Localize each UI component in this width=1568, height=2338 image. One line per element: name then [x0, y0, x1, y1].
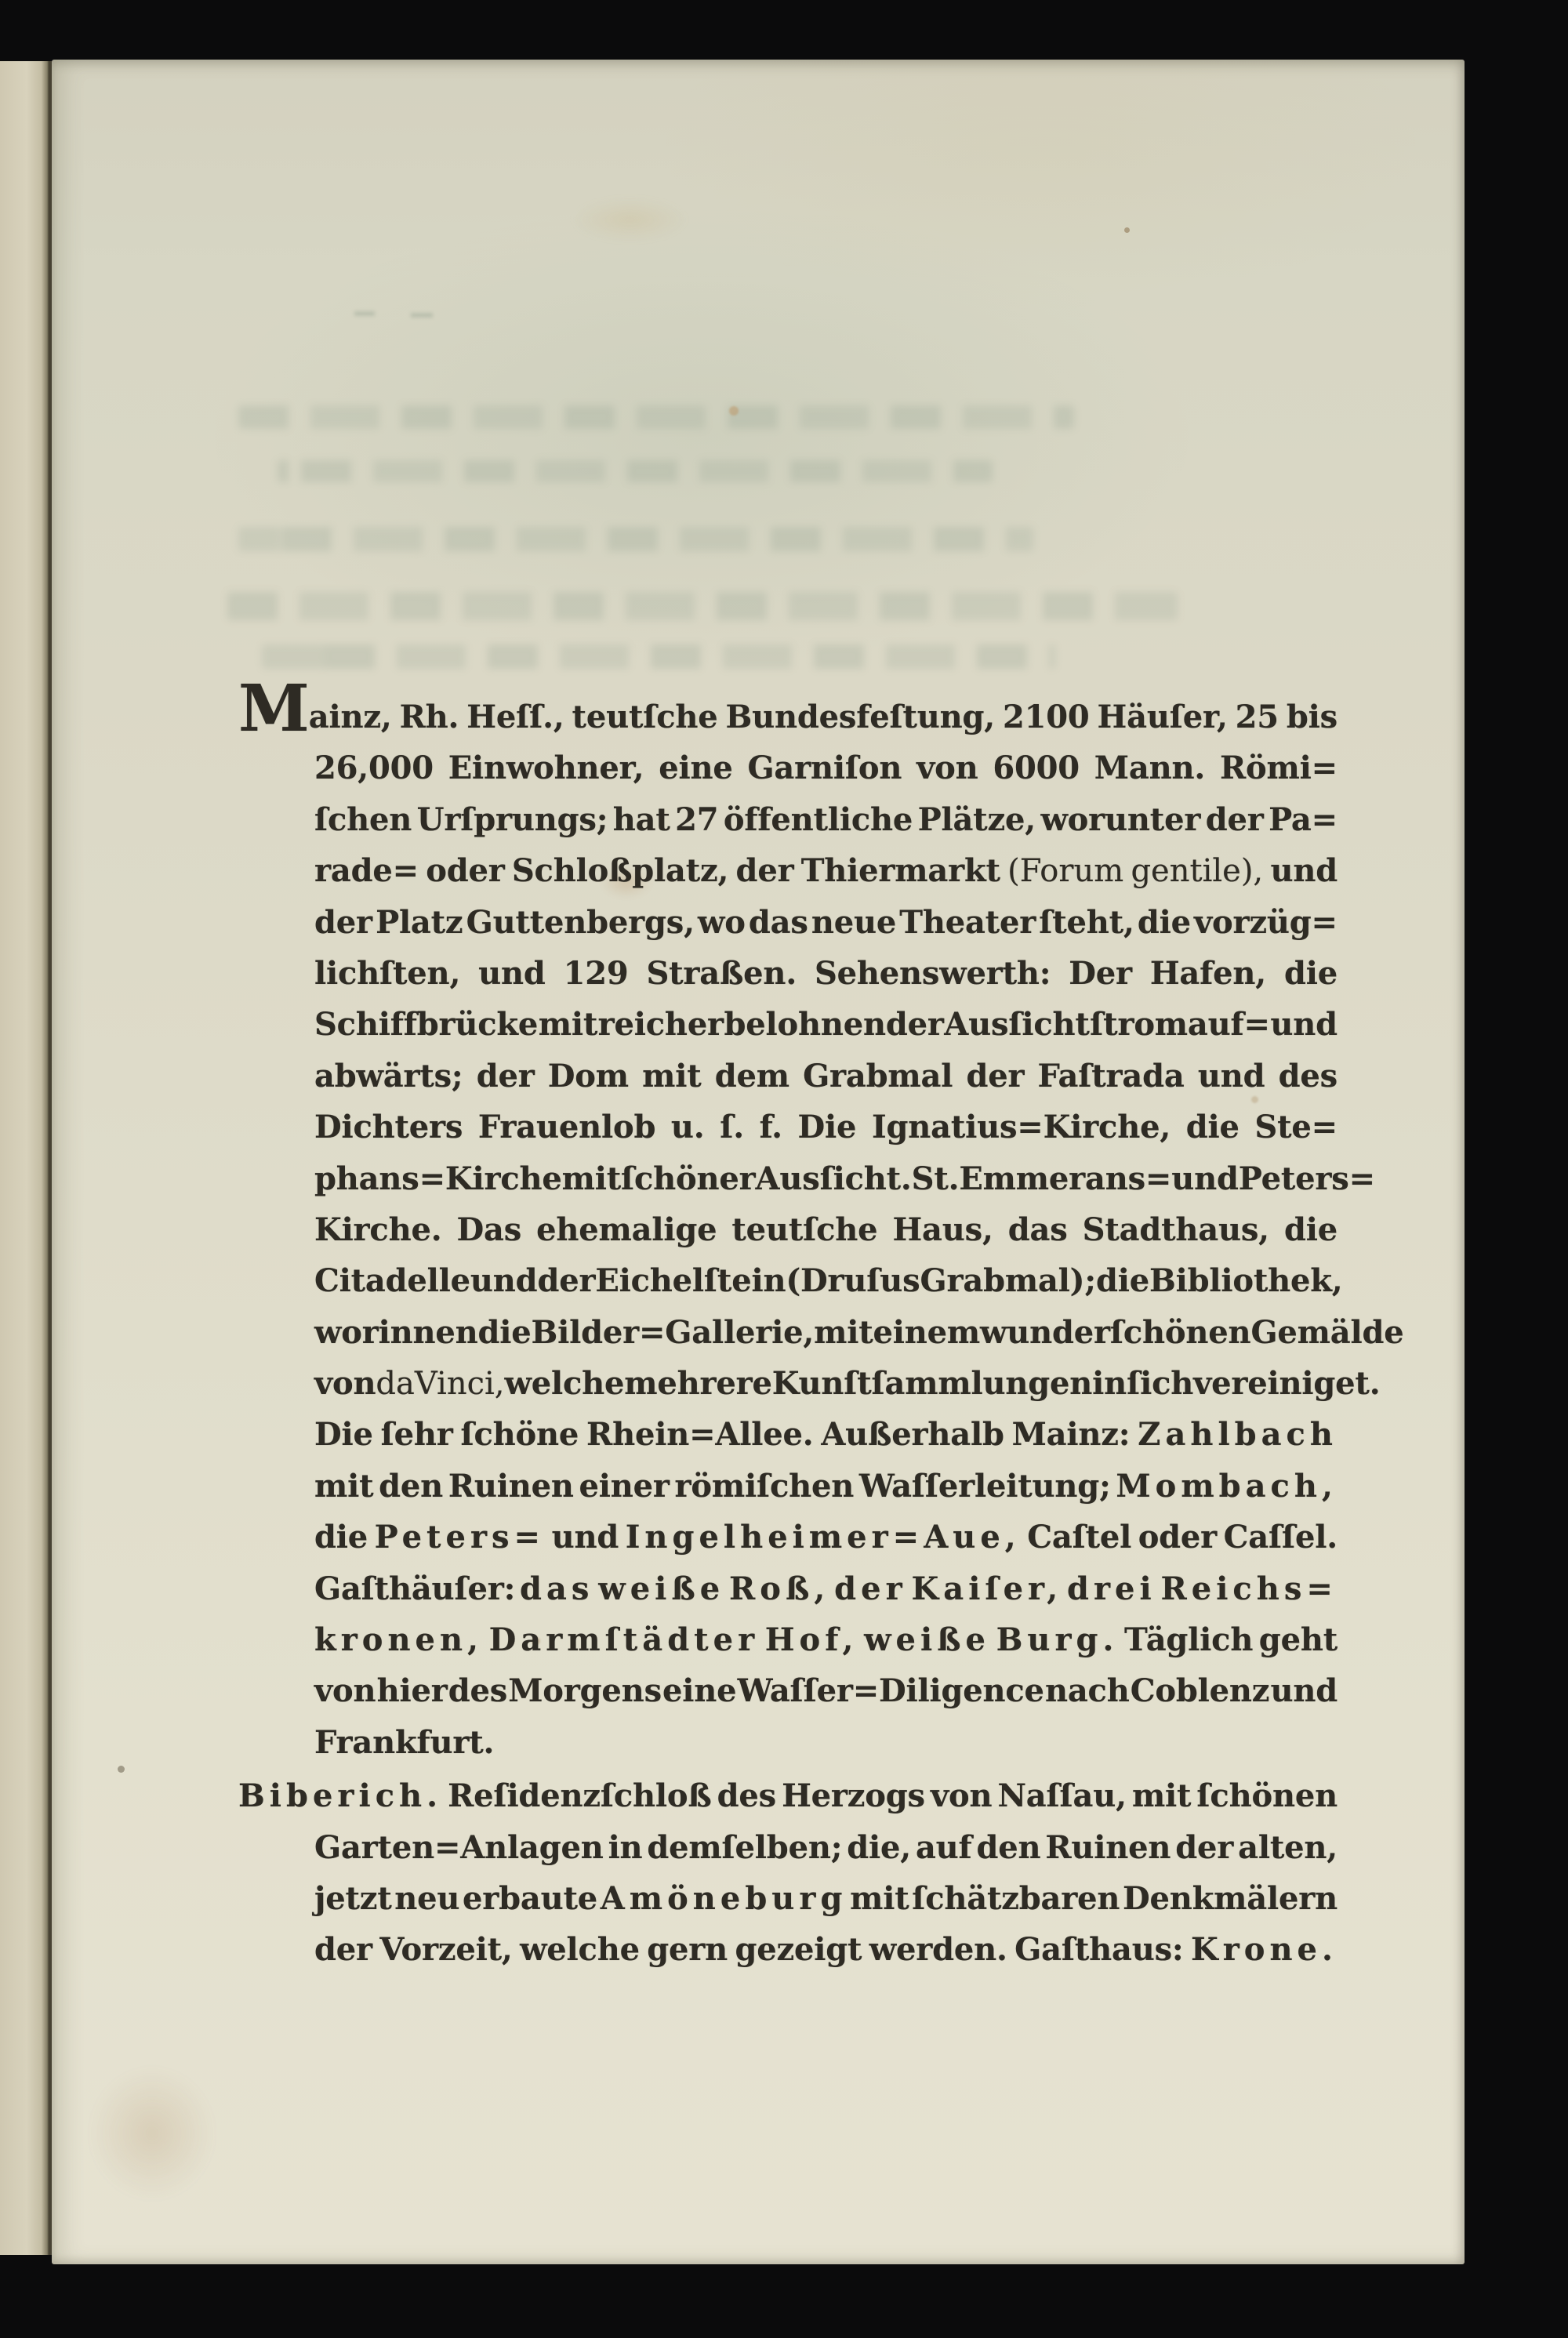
word: die: [1096, 1255, 1149, 1306]
word: Morgens: [508, 1665, 662, 1716]
word: Caſſel.: [1224, 1512, 1338, 1563]
word: mit: [814, 1307, 873, 1358]
text-line: Mainz,Rh.Heſſ.,teutſcheBundesfeſtung,210…: [238, 692, 1338, 742]
text-line: CitadelleundderEichelſtein(DruſusGrabmal…: [238, 1255, 1338, 1306]
word: Ingelheimer=Aue,: [626, 1512, 1021, 1563]
word: Frauenlob: [478, 1102, 655, 1153]
word: hier: [377, 1665, 448, 1716]
text-line: phans=KirchemitſchönerAusſicht.St.Emmera…: [238, 1153, 1338, 1204]
text-line: vonhierdesMorgenseineWaſſer=Diligencenac…: [238, 1665, 1338, 1716]
word: einer: [579, 1461, 670, 1512]
text-line: derPlatzGuttenbergs,wodasneueTheaterſteh…: [238, 897, 1338, 948]
word: und: [1270, 999, 1338, 1050]
word: Mann.: [1094, 742, 1205, 793]
word: Urſprungs;: [417, 794, 608, 845]
word: werden.: [869, 1924, 1007, 1975]
word: (Forum: [1007, 846, 1123, 897]
word: mit: [642, 1051, 701, 1102]
word: bis: [1287, 692, 1338, 742]
word: da: [376, 1359, 414, 1410]
word: von: [314, 1665, 376, 1716]
text-line: jetztneuerbauteAmöneburgmitſchätzbarenDe…: [238, 1873, 1338, 1924]
word: worunter: [1040, 794, 1200, 845]
word: Schloßplatz,: [512, 845, 728, 896]
word: teutſche: [572, 692, 718, 742]
word: Waſſer=Diligence: [738, 1665, 1044, 1716]
word: Ste=: [1254, 1102, 1338, 1153]
word: gern: [647, 1924, 728, 1975]
word: ſ.: [720, 1102, 744, 1153]
word: mit: [539, 999, 597, 1050]
word: Citadelle: [314, 1255, 470, 1306]
word: nach: [1045, 1665, 1130, 1716]
word: hat: [613, 794, 670, 845]
bleed-through-line: [227, 592, 1178, 620]
word: neu: [394, 1873, 459, 1924]
text-line: Frankfurt.: [238, 1717, 1338, 1768]
text-line: worinnendieBilder=Gallerie,miteinemwunde…: [238, 1307, 1338, 1358]
text-line: Biberich.ReſidenzſchloßdesHerzogsvonNaſſ…: [238, 1770, 1338, 1821]
word: vereiniget.: [1193, 1358, 1380, 1409]
text-line: Gaſthäuſer:dasweißeRoß,derKaiſer,dreiRei…: [238, 1563, 1338, 1614]
word: kronen,: [314, 1614, 483, 1665]
word: Caſtel: [1027, 1512, 1131, 1563]
word: ſteht,: [1039, 897, 1134, 948]
word: römiſchen: [675, 1461, 855, 1512]
word: Sehenswerth:: [815, 948, 1051, 999]
word: Rhein=Allee.: [586, 1409, 813, 1460]
text-line: Garten=Anlagenindemſelben;die,aufdenRuin…: [238, 1822, 1338, 1873]
word: Kaiſer,: [912, 1563, 1063, 1614]
word: oder: [1138, 1512, 1217, 1563]
word: mit: [314, 1461, 373, 1512]
word: 27: [675, 794, 718, 845]
word: weiße: [864, 1614, 990, 1665]
word: Garniſon: [747, 742, 902, 793]
word: St.: [912, 1153, 960, 1204]
word: Bundesfeſtung,: [726, 692, 996, 742]
word: 2100: [1003, 692, 1090, 742]
word: neue: [811, 897, 896, 948]
word: Ausſicht: [944, 999, 1089, 1050]
word: Platz: [376, 897, 463, 948]
bleed-through-line: [238, 405, 1074, 429]
word: Ignatius=Kirche,: [872, 1102, 1171, 1153]
word: der: [537, 1255, 595, 1306]
word: eine: [659, 742, 732, 793]
word: Bibliothek,: [1149, 1255, 1343, 1306]
word: Ausſicht.: [756, 1153, 912, 1204]
word: teutſche: [731, 1204, 877, 1255]
word: gezeigt: [735, 1924, 862, 1975]
paper-stain: [89, 2067, 215, 2200]
word: der: [834, 1563, 907, 1614]
word: ſtromauf=: [1090, 999, 1270, 1050]
text-line: diePeters=undIngelheimer=Aue,CaſteloderC…: [238, 1512, 1338, 1563]
word: Stadthaus,: [1083, 1204, 1269, 1255]
word: gentile),: [1131, 846, 1263, 897]
word: welche: [520, 1924, 640, 1975]
word: und: [552, 1512, 619, 1563]
word: der: [477, 1051, 535, 1102]
word: das: [520, 1563, 593, 1614]
word: der: [1206, 794, 1264, 845]
word: Guttenbergs,: [466, 897, 695, 948]
word: der: [314, 1924, 372, 1975]
word: Schiffbrücke: [314, 999, 538, 1050]
word: der: [1175, 1822, 1233, 1873]
word: die: [1186, 1102, 1240, 1153]
word: mehrere: [624, 1358, 772, 1409]
word: 129: [564, 948, 629, 999]
text-line: rade=oderSchloßplatz,derThiermarkt(Forum…: [238, 845, 1338, 896]
word: des: [448, 1665, 507, 1716]
word: Hafen,: [1150, 948, 1266, 999]
word: Emmerans=: [959, 1153, 1171, 1204]
word: Gemälde: [1250, 1307, 1403, 1358]
paper-stain: [1124, 227, 1130, 233]
entries-text-block: Mainz,Rh.Heſſ.,teutſcheBundesfeſtung,210…: [238, 692, 1338, 1976]
word: Thiermarkt: [801, 845, 1000, 896]
word: Herzogs: [782, 1770, 925, 1821]
word: ſehr: [381, 1409, 453, 1460]
text-line: mitdenRuineneinerrömiſchenWaſſerleitung;…: [238, 1461, 1338, 1512]
word: Waſſerleitung;: [859, 1461, 1111, 1512]
word: phans=Kirche: [314, 1153, 562, 1204]
word: Eichelſtein: [595, 1255, 786, 1306]
bleed-through-page-number-dash: [354, 311, 375, 316]
word: Die: [798, 1102, 857, 1153]
word: Das: [457, 1204, 522, 1255]
word: einem: [873, 1307, 980, 1358]
word: und: [1270, 1665, 1338, 1716]
word: belohnender: [724, 999, 943, 1050]
word: geht: [1259, 1614, 1338, 1665]
word: jetzt: [314, 1873, 392, 1924]
word: Peters=: [375, 1512, 546, 1563]
word: und: [1198, 1051, 1265, 1102]
scanner-background: Mainz,Rh.Heſſ.,teutſcheBundesfeſtung,210…: [0, 0, 1568, 2338]
word: Ruinen: [1045, 1822, 1171, 1873]
word: auf: [916, 1822, 972, 1873]
entry-mainz: Mainz,Rh.Heſſ.,teutſcheBundesfeſtung,210…: [238, 692, 1338, 1768]
text-line: ſchenUrſprungs;hat27öffentlichePlätze,wo…: [238, 794, 1338, 845]
word: drei: [1067, 1563, 1156, 1614]
paper-stain: [729, 406, 739, 416]
word: und: [1270, 845, 1338, 896]
word: Garten=Anlagen: [314, 1822, 604, 1873]
word: worinnen: [314, 1307, 477, 1358]
word: reicher: [598, 999, 724, 1050]
word: Pa=: [1269, 794, 1338, 845]
word: Reichs=: [1161, 1563, 1338, 1614]
word: Grabmal: [803, 1051, 953, 1102]
word: Ruinen: [448, 1461, 574, 1512]
drop-initial: M: [238, 671, 309, 746]
word: ſchöner: [621, 1153, 756, 1204]
word: die: [1138, 897, 1191, 948]
word: f.: [760, 1102, 782, 1153]
word: von: [916, 742, 978, 793]
word: wunderſchönen: [980, 1307, 1250, 1358]
word: und: [470, 1255, 538, 1306]
word: und: [1171, 1153, 1239, 1204]
word: Faſtrada: [1038, 1051, 1185, 1102]
word: Plätze,: [918, 794, 1036, 845]
word: Kunſtſammlungen: [772, 1358, 1092, 1409]
text-line: Kirche.DasehemaligeteutſcheHaus,dasStadt…: [238, 1204, 1338, 1255]
word: Die: [314, 1409, 373, 1460]
word: ſchöne: [461, 1409, 579, 1460]
book-page: Mainz,Rh.Heſſ.,teutſcheBundesfeſtung,210…: [52, 60, 1465, 2264]
word: Dichters: [314, 1102, 463, 1153]
word: Römi=: [1220, 742, 1338, 793]
word: mit: [1132, 1770, 1191, 1821]
word: mit: [850, 1873, 909, 1924]
bleed-through-line: [278, 460, 993, 482]
text-line: kronen,DarmſtädterHof,weißeBurg.Täglichg…: [238, 1614, 1338, 1665]
word: rade=: [314, 845, 419, 896]
word: erbaute: [463, 1873, 597, 1924]
paper-stain: [571, 198, 688, 241]
word: ſich: [1127, 1358, 1193, 1409]
word: die: [477, 1307, 531, 1358]
word: Roß,: [729, 1563, 829, 1614]
word: der: [966, 1051, 1024, 1102]
word: Rh.: [400, 692, 459, 742]
word: der: [736, 845, 794, 896]
word: Dom: [548, 1051, 629, 1102]
word: wo: [698, 897, 746, 948]
word: (Druſus: [786, 1255, 920, 1306]
word: Vinci,: [415, 1359, 505, 1410]
word: Grabmal);: [920, 1255, 1096, 1306]
word: Theater: [899, 897, 1036, 948]
word: Häuſer,: [1098, 692, 1228, 742]
word: ſchätzbaren: [912, 1873, 1120, 1924]
word: das: [1008, 1204, 1068, 1255]
word: 25: [1236, 692, 1279, 742]
word: Gaſthäuſer:: [314, 1563, 515, 1614]
word: das: [749, 897, 808, 948]
word: Haus,: [892, 1204, 993, 1255]
text-line: derVorzeit,welchegerngezeigtwerden.Gaſth…: [238, 1924, 1338, 1975]
adjacent-page-edge: [0, 61, 52, 2255]
word: den: [977, 1822, 1041, 1873]
word: Der: [1069, 948, 1132, 999]
word: Amöneburg: [601, 1873, 848, 1924]
word: ehemalige: [536, 1204, 717, 1255]
word: Hof,: [765, 1614, 858, 1665]
word: Reſidenzſchloß: [448, 1770, 711, 1821]
entry-biberich: Biberich.ReſidenzſchloßdesHerzogsvonNaſſ…: [238, 1770, 1338, 1976]
word: Außerhalb: [821, 1409, 1004, 1460]
bleed-through-page-number-dash: [411, 313, 433, 318]
text-line: vondaVinci,welchemehrereKunſtſammlungeni…: [238, 1358, 1338, 1409]
word: demſelben;: [647, 1822, 842, 1873]
word: die: [1284, 1204, 1338, 1255]
word: der: [314, 897, 372, 948]
word: ſchen: [314, 794, 412, 845]
word: Straßen.: [646, 948, 797, 999]
word: 6000: [993, 742, 1080, 793]
word: Vorzeit,: [379, 1924, 512, 1975]
word: Peters=: [1239, 1153, 1375, 1204]
word: von: [314, 1358, 376, 1409]
word: Heſſ.,: [466, 692, 564, 742]
text-line: DichtersFrauenlobu.ſ.f.DieIgnatius=Kirch…: [238, 1102, 1338, 1153]
paper-stain: [118, 1766, 125, 1773]
bleed-through-line: [238, 527, 1033, 551]
word: öffentliche: [724, 794, 913, 845]
word: den: [379, 1461, 443, 1512]
word: Mombach,: [1116, 1461, 1338, 1512]
word: Burg.: [996, 1614, 1119, 1665]
word: die: [314, 1512, 368, 1563]
word: abwärts;: [314, 1051, 463, 1102]
text-line: DieſehrſchöneRhein=Allee.AußerhalbMainz:…: [238, 1409, 1338, 1460]
word: ſchönen: [1196, 1770, 1338, 1821]
word: oder: [426, 845, 504, 896]
word: alten,: [1238, 1822, 1338, 1873]
word: lichſten,: [314, 948, 460, 999]
word: Denkmälern: [1123, 1873, 1338, 1924]
word: die: [1284, 948, 1338, 999]
word: u.: [671, 1102, 705, 1153]
word: Täglich: [1124, 1614, 1253, 1665]
word: Gaſthaus:: [1014, 1924, 1183, 1975]
word: in: [1092, 1358, 1127, 1409]
text-line: 26,000Einwohner,eineGarniſonvon6000Mann.…: [238, 742, 1338, 793]
word: 26,000: [314, 742, 434, 793]
word: eine: [662, 1665, 736, 1716]
word: Naſſau,: [997, 1770, 1126, 1821]
word: dem: [715, 1051, 789, 1102]
word: die,: [847, 1822, 911, 1873]
word: des: [717, 1770, 776, 1821]
word: Biberich.: [238, 1770, 442, 1821]
word: in: [608, 1822, 643, 1873]
word: von: [931, 1770, 992, 1821]
word: Einwohner,: [448, 742, 644, 793]
word: weiße: [598, 1563, 724, 1614]
text-line: lichſten,und129Straßen.Sehenswerth:DerHa…: [238, 948, 1338, 999]
text-line: abwärts;derDommitdemGrabmalderFaſtradaun…: [238, 1051, 1338, 1102]
word: mit: [562, 1153, 621, 1204]
word: Darmſtädter: [489, 1614, 760, 1665]
word: Frankfurt.: [314, 1724, 494, 1761]
word: Bilder=Gallerie,: [532, 1307, 815, 1358]
word: Kirche.: [314, 1204, 441, 1255]
bleed-through-line: [262, 644, 1055, 669]
word: des: [1279, 1051, 1338, 1102]
word: Coblenz: [1131, 1665, 1270, 1716]
word: und: [478, 948, 546, 999]
word: Mainz,: [238, 692, 392, 742]
word: welche: [505, 1358, 625, 1409]
word: Krone.: [1191, 1924, 1338, 1975]
text-line: SchiffbrückemitreicherbelohnenderAusſich…: [238, 999, 1338, 1050]
word: Zahlbach: [1138, 1409, 1338, 1460]
word: Mainz:: [1012, 1409, 1131, 1460]
word: vorzüg=: [1194, 897, 1338, 948]
